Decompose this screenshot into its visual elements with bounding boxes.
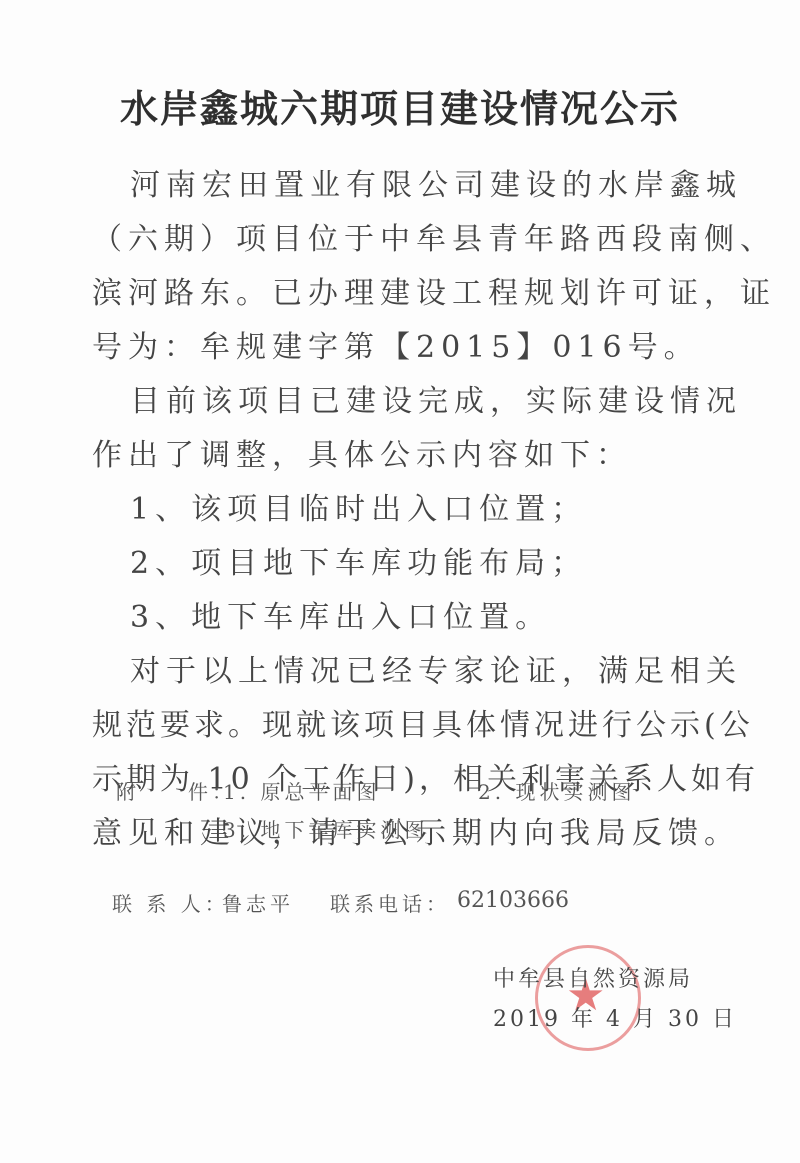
- signature-org: 中牟县自然资源局: [493, 962, 693, 993]
- paragraph1-line1: 河南宏田置业有限公司建设的水岸鑫城: [130, 160, 742, 204]
- paragraph1-line3: 滨河路东。已办理建设工程规划许可证，证: [92, 268, 776, 312]
- attachment-1: 1. 原总平面图: [223, 776, 380, 805]
- list-item-1: 1、该项目临时出入口位置；: [130, 484, 587, 528]
- document-title: 水岸鑫城六期项目建设情况公示: [0, 78, 800, 133]
- paragraph1-line2: （六期）项目位于中牟县青年路西段南侧、: [92, 214, 776, 258]
- paragraph1-line4: 号为：牟规建字第【2015】016号。: [92, 322, 700, 366]
- paragraph3-line2: 规范要求。现就该项目具体情况进行公示(公: [92, 700, 754, 744]
- attachment-3: 3. 地下车库实测图: [223, 814, 428, 843]
- signature-date: 2019 年 4 月 30 日: [493, 1002, 737, 1033]
- official-stamp: ★: [535, 945, 641, 1051]
- list-item-3: 3、地下车库出入口位置。: [130, 592, 551, 636]
- contact-phone-label: 联系电话：: [330, 888, 450, 917]
- attachment-2: 2. 现状实测图: [478, 776, 635, 805]
- paragraph2-line1: 目前该项目已建设完成，实际建设情况: [130, 376, 742, 420]
- attachments-label: 附 件：: [116, 776, 236, 805]
- paragraph2-line2: 作出了调整，具体公示内容如下：: [92, 430, 632, 474]
- contact-person: 鲁志平: [222, 888, 294, 917]
- list-item-2: 2、项目地下车库功能布局；: [130, 538, 587, 582]
- paragraph3-line1: 对于以上情况已经专家论证，满足相关: [130, 646, 742, 690]
- contact-person-label: 联 系 人：: [112, 888, 229, 917]
- contact-phone: 62103666: [457, 888, 569, 913]
